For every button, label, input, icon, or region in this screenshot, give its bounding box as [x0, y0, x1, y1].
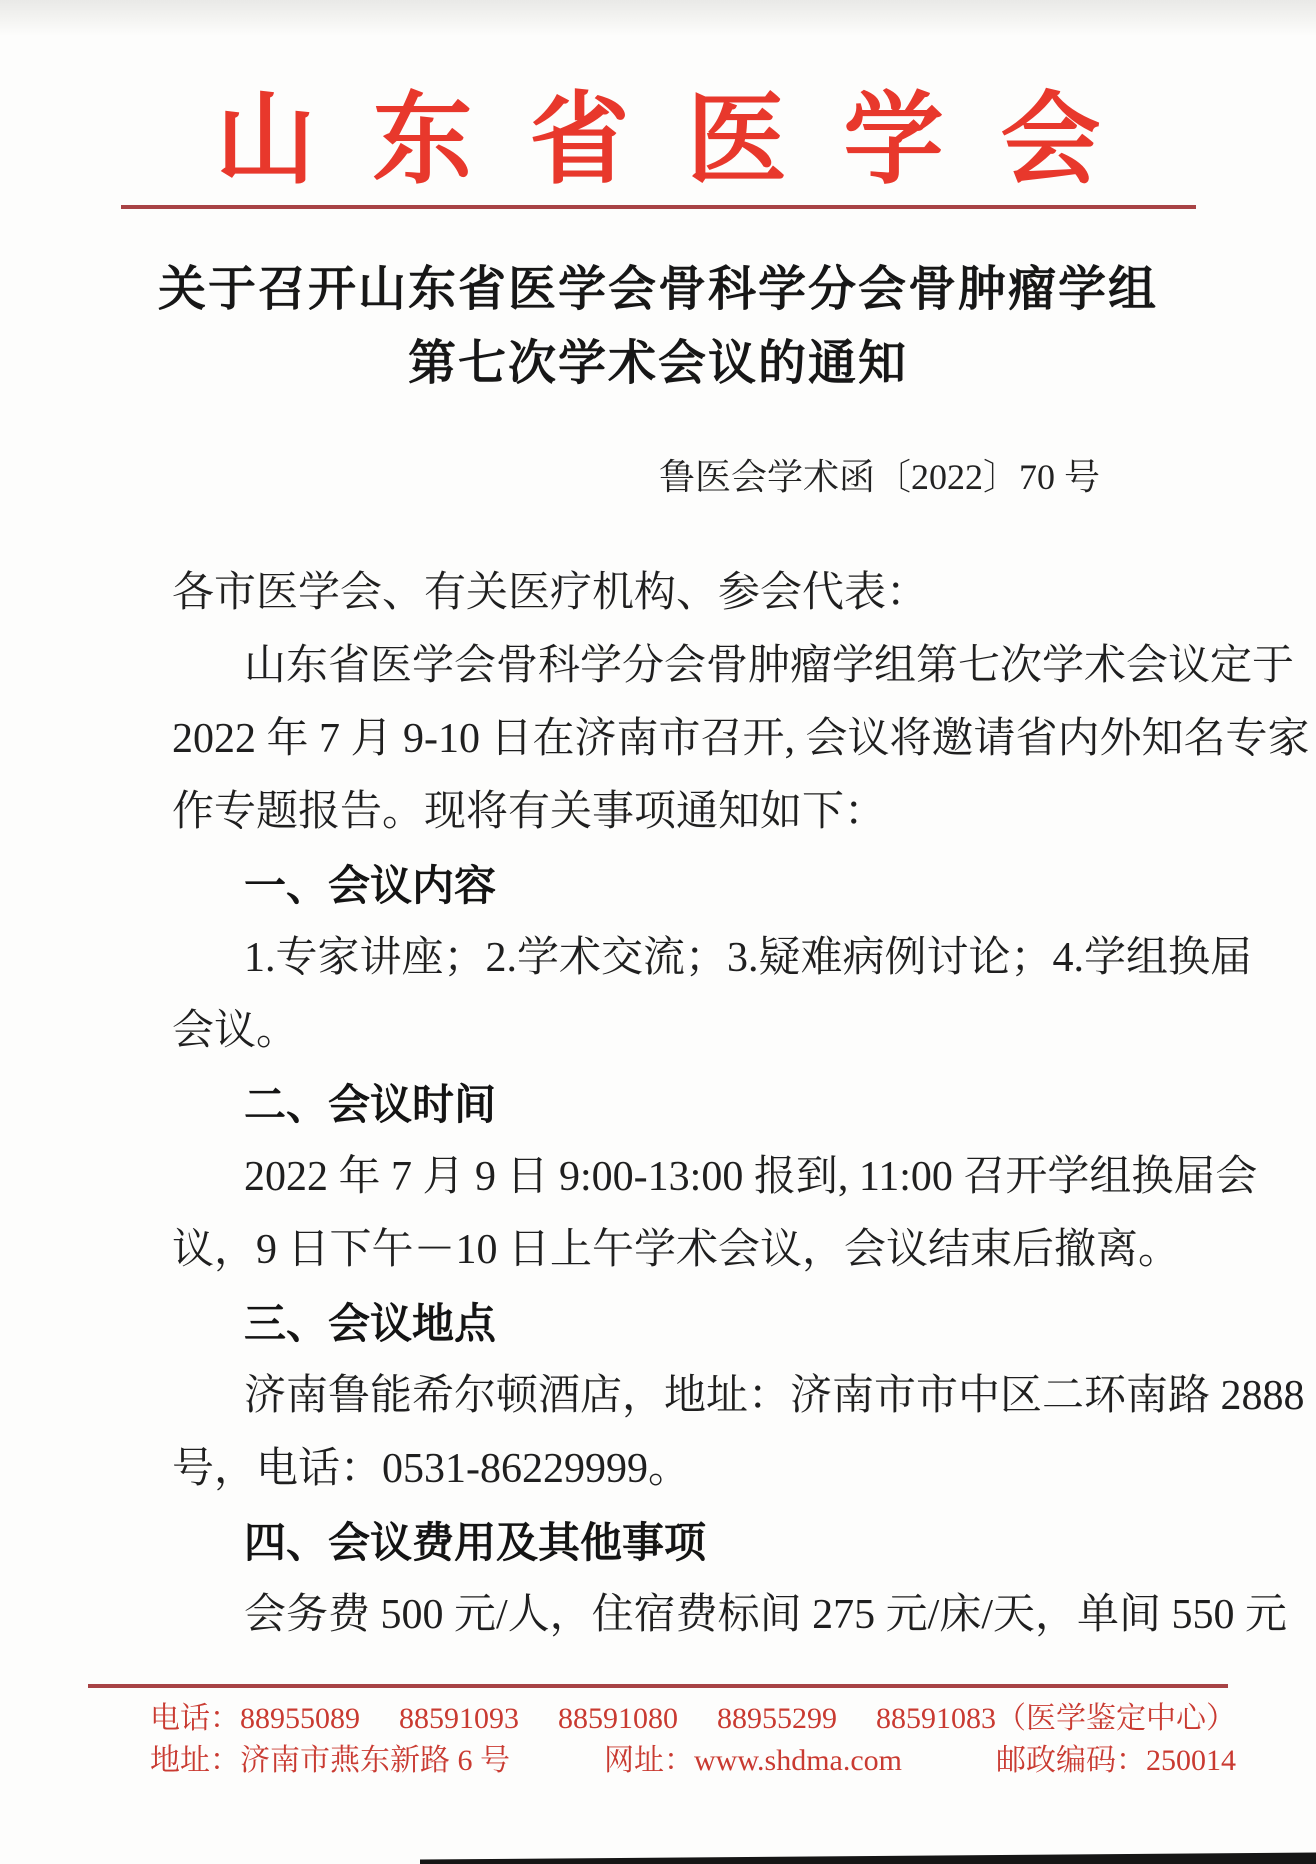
notice-title-line-2: 第七次学术会议的通知 [0, 327, 1316, 401]
notice-body: 各市医学会、有关医疗机构、参会代表： 山东省医学会骨科学分会骨肿瘤学组第七次学术… [0, 557, 1316, 1652]
section-heading-2: 二、会议时间 [172, 1068, 1176, 1141]
footer: 电话：88955089 88591093 88591080 88955299 8… [0, 1698, 1316, 1782]
footer-website: 网址：www.shdma.com [604, 1740, 902, 1782]
footer-phone-2: 88591093 [399, 1698, 519, 1740]
body-line: 济南鲁能希尔顿酒店，地址：济南市市中区二环南路 2888 [172, 1360, 1176, 1433]
body-line: 2022 年 7 月 9 日 9:00-13:00 报到, 11:00 召开学组… [172, 1141, 1176, 1214]
footer-phone-appraisal-center: 88591083（医学鉴定中心） [876, 1698, 1236, 1740]
document-number: 鲁医会学术函〔2022〕70 号 [0, 455, 1316, 499]
scan-artifact [420, 1850, 1316, 1864]
footer-postal-code: 邮政编码：250014 [996, 1740, 1236, 1782]
document-page: 山东省医学会 关于召开山东省医学会骨科学分会骨肿瘤学组 第七次学术会议的通知 鲁… [0, 0, 1316, 1864]
body-line: 1.专家讲座；2.学术交流；3.疑难病例讨论；4.学组换届 [172, 922, 1176, 995]
footer-phone-3: 88591080 [558, 1698, 678, 1740]
body-line: 号，电话：0531-86229999。 [172, 1433, 1176, 1506]
body-line: 会务费 500 元/人，住宿费标间 275 元/床/天，单间 550 元 [172, 1579, 1176, 1652]
org-name: 山东省医学会 [0, 88, 1316, 193]
body-line: 2022 年 7 月 9-10 日在济南市召开, 会议将邀请省内外知名专家 [172, 703, 1176, 776]
footer-info-row: 地址：济南市燕东新路 6 号 网址：www.shdma.com 邮政编码：250… [150, 1740, 1236, 1782]
body-line: 会议。 [172, 995, 1176, 1068]
section-heading-4: 四、会议费用及其他事项 [172, 1506, 1176, 1579]
footer-phone-row: 电话：88955089 88591093 88591080 88955299 8… [150, 1698, 1236, 1740]
notice-title-line-1: 关于召开山东省医学会骨科学分会骨肿瘤学组 [0, 253, 1316, 327]
footer-address: 地址：济南市燕东新路 6 号 [150, 1740, 510, 1782]
section-heading-3: 三、会议地点 [172, 1287, 1176, 1360]
body-line: 山东省医学会骨科学分会骨肿瘤学组第七次学术会议定于 [172, 630, 1176, 703]
notice-title: 关于召开山东省医学会骨科学分会骨肿瘤学组 第七次学术会议的通知 [0, 253, 1316, 401]
header-divider [121, 205, 1196, 209]
body-line: 议，9 日下午－10 日上午学术会议，会议结束后撤离。 [172, 1214, 1176, 1287]
footer-phone-main: 电话：88955089 [150, 1698, 360, 1740]
footer-phone-4: 88955299 [717, 1698, 837, 1740]
body-line: 作专题报告。现将有关事项通知如下： [172, 776, 1176, 849]
body-line-salutation: 各市医学会、有关医疗机构、参会代表： [172, 557, 1176, 630]
section-heading-1: 一、会议内容 [172, 849, 1176, 922]
footer-divider [88, 1684, 1228, 1688]
